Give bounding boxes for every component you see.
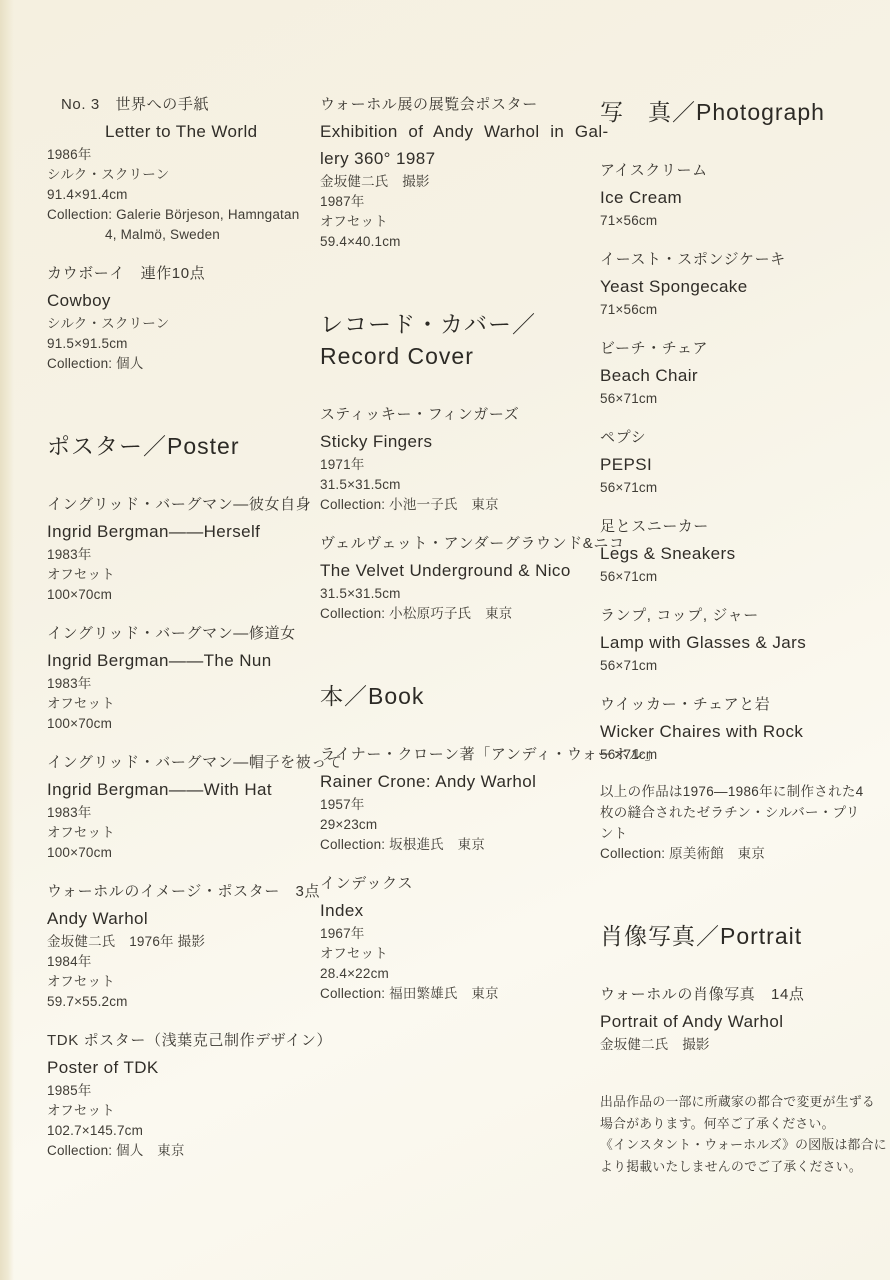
entry-detail: 91.4×91.4cm bbox=[47, 185, 313, 205]
catalog-entry: No. 3 世界への手紙Letter to The World1986年シルク・… bbox=[47, 92, 313, 245]
entry-detail: 91.5×91.5cm bbox=[47, 334, 313, 354]
catalog-entry: ランプ, コップ, ジャーLamp with Glasses & Jars56×… bbox=[600, 603, 884, 676]
entry-detail: オフセット bbox=[47, 694, 313, 714]
catalog-entry: 以上の作品は1976—1986年に制作された4枚の縫合されたゼラチン・シルバー・… bbox=[600, 781, 884, 864]
entry-detail: 1984年 bbox=[47, 952, 313, 972]
section-heading-line: 写 真／Photograph bbox=[600, 96, 884, 128]
entry-detail: 1986年 bbox=[47, 145, 313, 165]
entry-detail: 金坂健二氏 1976年 撮影 bbox=[47, 932, 313, 952]
entry-detail: 1983年 bbox=[47, 803, 313, 823]
catalog-entry: スティッキー・フィンガーズSticky Fingers1971年31.5×31.… bbox=[320, 402, 590, 515]
entry-title-en: Wicker Chaires with Rock bbox=[600, 718, 884, 745]
entry-collection: Collection: 個人 bbox=[47, 354, 313, 374]
entry-title-ja: ウォーホルのイメージ・ポスター 3点 bbox=[47, 879, 313, 905]
entry-collection: Collection: 個人 東京 bbox=[47, 1141, 313, 1161]
section-heading-line: Record Cover bbox=[320, 340, 590, 372]
entry-collection: Collection: 坂根進氏 東京 bbox=[320, 835, 590, 855]
entry-detail: 29×23cm bbox=[320, 815, 590, 835]
entry-title-ja: ビーチ・チェア bbox=[600, 336, 884, 362]
column-middle: ウォーホル展の展覧会ポスターExhibition of Andy Warhol … bbox=[320, 92, 590, 1020]
section-heading: レコード・カバー／Record Cover bbox=[320, 308, 590, 372]
catalog-entry: イースト・スポンジケーキYeast Spongecake71×56cm bbox=[600, 247, 884, 320]
entry-title-en: Ingrid Bergman——The Nun bbox=[47, 647, 313, 674]
entry-title-ja: イングリッド・バーグマン—修道女 bbox=[47, 621, 313, 647]
note-line: ント bbox=[600, 823, 884, 844]
entry-detail: 71×56cm bbox=[600, 300, 884, 320]
entry-detail: 1983年 bbox=[47, 674, 313, 694]
entry-detail: 1987年 bbox=[320, 192, 590, 212]
entry-title-en: The Velvet Underground & Nico bbox=[320, 557, 590, 584]
column-left: No. 3 世界への手紙Letter to The World1986年シルク・… bbox=[47, 92, 313, 1177]
entry-title-ja: インデックス bbox=[320, 871, 590, 897]
entry-detail: 31.5×31.5cm bbox=[320, 475, 590, 495]
entry-detail: オフセット bbox=[47, 972, 313, 992]
catalog-entry: 足とスニーカーLegs & Sneakers56×71cm bbox=[600, 514, 884, 587]
entry-detail: 100×70cm bbox=[47, 585, 313, 605]
entry-title-ja: イングリッド・バーグマン—彼女自身 bbox=[47, 492, 313, 518]
entry-detail: 1983年 bbox=[47, 545, 313, 565]
catalog-entry: アイスクリームIce Cream71×56cm bbox=[600, 158, 884, 231]
entry-detail: 100×70cm bbox=[47, 843, 313, 863]
entry-title-en: Ingrid Bergman——With Hat bbox=[47, 776, 313, 803]
note-line: 出品作品の一部に所蔵家の都合で変更が生ずる bbox=[600, 1091, 884, 1113]
catalog-entry: ライナー・クローン著「アンディ・ウォーホル」Rainer Crone: Andy… bbox=[320, 742, 590, 855]
section-heading-line: レコード・カバー／ bbox=[320, 308, 590, 340]
entry-detail: 1957年 bbox=[320, 795, 590, 815]
catalog-entry: インデックスIndex1967年オフセット28.4×22cmCollection… bbox=[320, 871, 590, 1004]
page-left-edge-shadow bbox=[0, 0, 14, 1280]
entry-detail: 56×71cm bbox=[600, 656, 884, 676]
entry-title-ja: ペプシ bbox=[600, 425, 884, 451]
entry-title-ja: カウボーイ 連作10点 bbox=[47, 261, 313, 287]
note-line: 以上の作品は1976—1986年に制作された4 bbox=[600, 781, 884, 802]
catalog-entry: ウイッカー・チェアと岩Wicker Chaires with Rock56×71… bbox=[600, 692, 884, 765]
entry-title-ja: No. 3 世界への手紙 bbox=[47, 92, 313, 118]
entry-title-ja: イースト・スポンジケーキ bbox=[600, 247, 884, 273]
entry-detail: オフセット bbox=[47, 823, 313, 843]
section-heading: 本／Book bbox=[320, 680, 590, 712]
catalog-entry: カウボーイ 連作10点Cowboyシルク・スクリーン91.5×91.5cmCol… bbox=[47, 261, 313, 374]
entry-detail: 71×56cm bbox=[600, 211, 884, 231]
entry-detail: 金坂健二氏 撮影 bbox=[320, 172, 590, 192]
catalog-entry: TDK ポスター（浅葉克己制作デザイン）Poster of TDK1985年オフ… bbox=[47, 1028, 313, 1161]
entry-title-ja: ランプ, コップ, ジャー bbox=[600, 603, 884, 629]
column-right: 写 真／PhotographアイスクリームIce Cream71×56cmイース… bbox=[600, 92, 884, 1193]
entry-title-en: Letter to The World bbox=[47, 118, 313, 145]
section-heading: ポスター／Poster bbox=[47, 430, 313, 462]
entry-title-en: lery 360° 1987 bbox=[320, 145, 590, 172]
note-line: 場合があります。何卒ご了承ください。 bbox=[600, 1113, 884, 1135]
entry-detail: オフセット bbox=[320, 212, 590, 232]
entry-title-ja: TDK ポスター（浅葉克己制作デザイン） bbox=[47, 1028, 313, 1054]
entry-title-en: Beach Chair bbox=[600, 362, 884, 389]
entry-detail: 56×71cm bbox=[600, 745, 884, 765]
entry-title-en: Andy Warhol bbox=[47, 905, 313, 932]
entry-title-en: Index bbox=[320, 897, 590, 924]
entry-title-ja: ヴェルヴェット・アンダーグラウンド&ニコ bbox=[320, 531, 590, 557]
section-heading-line: 肖像写真／Portrait bbox=[600, 920, 884, 952]
entry-detail: 56×71cm bbox=[600, 478, 884, 498]
entry-detail: 56×71cm bbox=[600, 567, 884, 587]
entry-detail: 1985年 bbox=[47, 1081, 313, 1101]
entry-collection: Collection: Galerie Börjeson, Hamngatan bbox=[47, 205, 313, 225]
section-heading: 写 真／Photograph bbox=[600, 96, 884, 128]
footnote: 出品作品の一部に所蔵家の都合で変更が生ずる場合があります。何卒ご了承ください。《… bbox=[600, 1091, 884, 1177]
entry-detail: 28.4×22cm bbox=[320, 964, 590, 984]
entry-title-ja: ウイッカー・チェアと岩 bbox=[600, 692, 884, 718]
entry-detail: オフセット bbox=[320, 944, 590, 964]
entry-title-en: Rainer Crone: Andy Warhol bbox=[320, 768, 590, 795]
entry-title-ja: ウォーホル展の展覧会ポスター bbox=[320, 92, 590, 118]
entry-title-ja: スティッキー・フィンガーズ bbox=[320, 402, 590, 428]
entry-title-ja: ウォーホルの肖像写真 14点 bbox=[600, 982, 884, 1008]
catalog-entry: ペプシPEPSI56×71cm bbox=[600, 425, 884, 498]
entry-title-en: Ice Cream bbox=[600, 184, 884, 211]
entry-detail: 31.5×31.5cm bbox=[320, 584, 590, 604]
entry-detail: 1971年 bbox=[320, 455, 590, 475]
section-heading-line: 本／Book bbox=[320, 680, 590, 712]
entry-title-ja: ライナー・クローン著「アンディ・ウォーホル」 bbox=[320, 742, 590, 768]
note-line: 《インスタント・ウォーホルズ》の図版は都合に bbox=[600, 1134, 884, 1156]
entry-detail: オフセット bbox=[47, 565, 313, 585]
entry-detail: 4, Malmö, Sweden bbox=[47, 225, 313, 245]
entry-detail: 56×71cm bbox=[600, 389, 884, 409]
entry-title-en: Ingrid Bergman——Herself bbox=[47, 518, 313, 545]
entry-title-ja: 足とスニーカー bbox=[600, 514, 884, 540]
entry-title-en: Yeast Spongecake bbox=[600, 273, 884, 300]
entry-title-en: Exhibition of Andy Warhol in Gal- bbox=[320, 118, 590, 145]
entry-collection: Collection: 小松原巧子氏 東京 bbox=[320, 604, 590, 624]
entry-detail: オフセット bbox=[47, 1101, 313, 1121]
catalog-entry: ビーチ・チェアBeach Chair56×71cm bbox=[600, 336, 884, 409]
entry-collection: Collection: 福田繁雄氏 東京 bbox=[320, 984, 590, 1004]
entry-title-ja: イングリッド・バーグマン—帽子を被って bbox=[47, 750, 313, 776]
entry-title-en: Cowboy bbox=[47, 287, 313, 314]
section-heading: 肖像写真／Portrait bbox=[600, 920, 884, 952]
entry-detail: 1967年 bbox=[320, 924, 590, 944]
entry-detail: シルク・スクリーン bbox=[47, 314, 313, 334]
entry-detail: 金坂健二氏 撮影 bbox=[600, 1035, 884, 1055]
entry-detail: シルク・スクリーン bbox=[47, 165, 313, 185]
entry-detail: 102.7×145.7cm bbox=[47, 1121, 313, 1141]
note-line: より掲載いたしませんのでご了承ください。 bbox=[600, 1156, 884, 1178]
entry-detail: 100×70cm bbox=[47, 714, 313, 734]
note-line: 枚の縫合されたゼラチン・シルバー・プリ bbox=[600, 802, 884, 823]
entry-collection: Collection: 原美術館 東京 bbox=[600, 844, 884, 864]
entry-title-en: Lamp with Glasses & Jars bbox=[600, 629, 884, 656]
section-heading-line: ポスター／Poster bbox=[47, 430, 313, 462]
catalog-entry: イングリッド・バーグマン—修道女Ingrid Bergman——The Nun1… bbox=[47, 621, 313, 734]
entry-title-en: Portrait of Andy Warhol bbox=[600, 1008, 884, 1035]
catalog-entry: イングリッド・バーグマン—彼女自身Ingrid Bergman——Herself… bbox=[47, 492, 313, 605]
catalog-entry: ウォーホル展の展覧会ポスターExhibition of Andy Warhol … bbox=[320, 92, 590, 252]
catalog-entry: イングリッド・バーグマン—帽子を被ってIngrid Bergman——With … bbox=[47, 750, 313, 863]
entry-title-en: Sticky Fingers bbox=[320, 428, 590, 455]
catalog-entry: ウォーホルのイメージ・ポスター 3点Andy Warhol金坂健二氏 1976年… bbox=[47, 879, 313, 1012]
entry-title-en: Legs & Sneakers bbox=[600, 540, 884, 567]
entry-detail: 59.7×55.2cm bbox=[47, 992, 313, 1012]
catalog-page: No. 3 世界への手紙Letter to The World1986年シルク・… bbox=[0, 0, 890, 1280]
catalog-entry: ヴェルヴェット・アンダーグラウンド&ニコThe Velvet Undergrou… bbox=[320, 531, 590, 624]
entry-detail: 59.4×40.1cm bbox=[320, 232, 590, 252]
entry-title-ja: アイスクリーム bbox=[600, 158, 884, 184]
entry-title-en: PEPSI bbox=[600, 451, 884, 478]
catalog-entry: ウォーホルの肖像写真 14点Portrait of Andy Warhol金坂健… bbox=[600, 982, 884, 1055]
entry-title-en: Poster of TDK bbox=[47, 1054, 313, 1081]
entry-collection: Collection: 小池一子氏 東京 bbox=[320, 495, 590, 515]
